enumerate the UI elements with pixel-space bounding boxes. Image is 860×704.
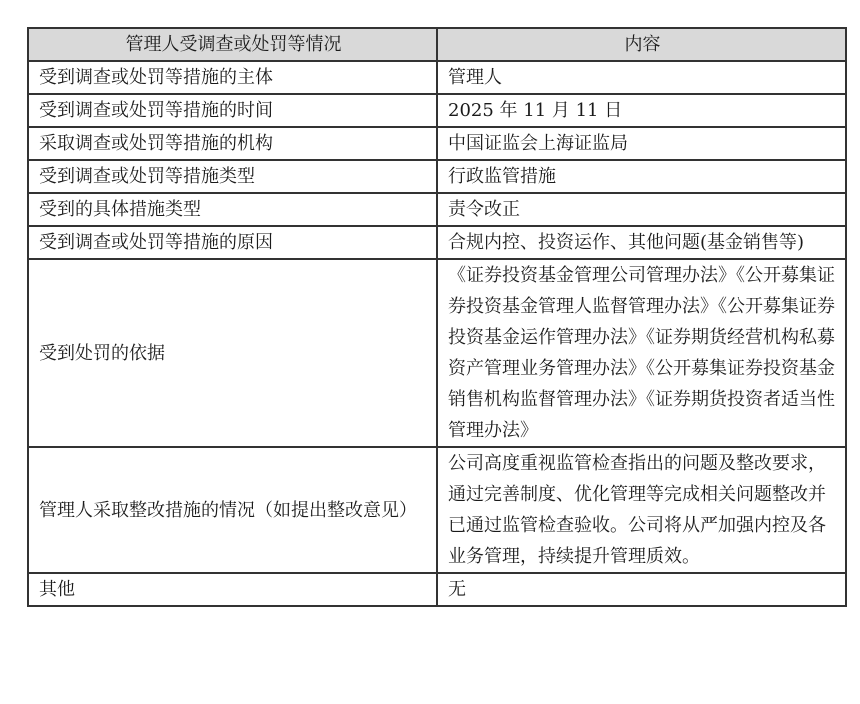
row-label: 受到处罚的依据: [28, 259, 437, 447]
row-value: 无: [437, 573, 846, 606]
row-label: 受到的具体措施类型: [28, 193, 437, 226]
table-row: 受到调查或处罚等措施的主体 管理人: [28, 61, 846, 94]
row-label: 其他: [28, 573, 437, 606]
table-header-row: 管理人受调查或处罚等情况 内容: [28, 28, 846, 61]
table-row: 受到处罚的依据 《证券投资基金管理公司管理办法》《公开募集证券投资基金管理人监督…: [28, 259, 846, 447]
row-value: 责令改正: [437, 193, 846, 226]
table-row: 受到调查或处罚等措施的原因 合规内控、投资运作、其他问题(基金销售等): [28, 226, 846, 259]
header-situation: 管理人受调查或处罚等情况: [28, 28, 437, 61]
penalty-info-table: 管理人受调查或处罚等情况 内容 受到调查或处罚等措施的主体 管理人 受到调查或处…: [27, 27, 847, 607]
row-label: 受到调查或处罚等措施的时间: [28, 94, 437, 127]
table-row: 受到的具体措施类型 责令改正: [28, 193, 846, 226]
row-label: 受到调查或处罚等措施的原因: [28, 226, 437, 259]
row-value: 中国证监会上海证监局: [437, 127, 846, 160]
row-value: 公司高度重视监管检查指出的问题及整改要求，通过完善制度、优化管理等完成相关问题整…: [437, 447, 846, 573]
row-value: 2025 年 11 月 11 日: [437, 94, 846, 127]
row-value: 合规内控、投资运作、其他问题(基金销售等): [437, 226, 846, 259]
table-row: 其他 无: [28, 573, 846, 606]
row-label: 受到调查或处罚等措施的主体: [28, 61, 437, 94]
row-value: 行政监管措施: [437, 160, 846, 193]
table-row: 受到调查或处罚等措施的时间 2025 年 11 月 11 日: [28, 94, 846, 127]
header-content: 内容: [437, 28, 846, 61]
table-row: 采取调查或处罚等措施的机构 中国证监会上海证监局: [28, 127, 846, 160]
row-label: 受到调查或处罚等措施类型: [28, 160, 437, 193]
table-row: 管理人采取整改措施的情况（如提出整改意见） 公司高度重视监管检查指出的问题及整改…: [28, 447, 846, 573]
table-row: 受到调查或处罚等措施类型 行政监管措施: [28, 160, 846, 193]
row-label: 管理人采取整改措施的情况（如提出整改意见）: [28, 447, 437, 573]
row-label: 采取调查或处罚等措施的机构: [28, 127, 437, 160]
row-value: 《证券投资基金管理公司管理办法》《公开募集证券投资基金管理人监督管理办法》《公开…: [437, 259, 846, 447]
row-value: 管理人: [437, 61, 846, 94]
